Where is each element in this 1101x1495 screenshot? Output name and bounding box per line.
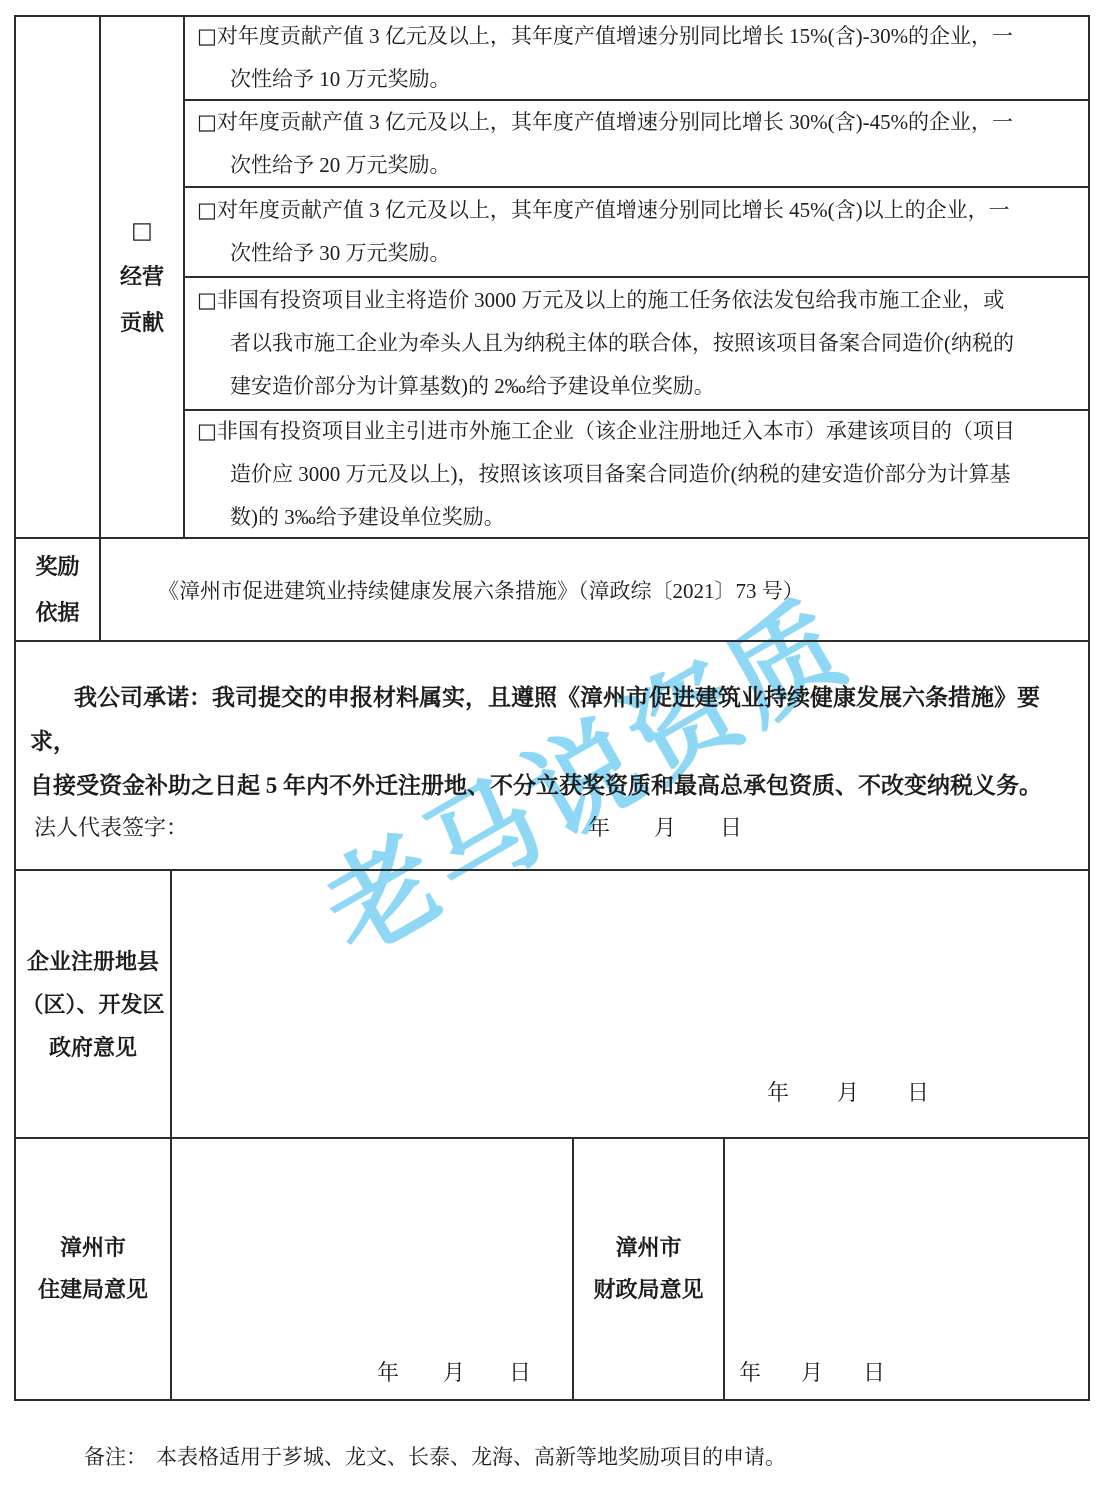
year-label: 年 (377, 1356, 399, 1387)
month-label: 月 (654, 806, 676, 849)
contribution-category-cell: □ 经营 贡献 (101, 17, 185, 537)
reward-basis-label-line: 奖励 (35, 544, 79, 590)
day-label: 日 (863, 1356, 885, 1387)
option-line: 者以我市施工企业为牵头人且为纳税主体的联合体，按照该项目备案合同造价(纳税的 (185, 322, 1082, 365)
date-placeholder: 年 月 日 (588, 806, 742, 849)
checkbox-icon: □ (131, 208, 153, 254)
commitment-line: 自接受资金补助之日起 5 年内不外迁注册地、不分立获奖资质和最高总承包资质、不改… (30, 764, 1082, 808)
option-line: 次性给予 30 万元奖励。 (185, 232, 1082, 275)
option-line: 次性给予 10 万元奖励。 (185, 58, 1082, 101)
checkbox-icon: □ (197, 24, 217, 48)
option-text: 对年度贡献产值 3 亿元及以上，其年度产值增速分别同比增长 15%(含)-30%… (217, 24, 1013, 48)
finance-opinion-label-line: 漳州市 (615, 1227, 681, 1269)
registration-opinion-label: 企业注册地县 （区）、开发区 政府意见 (16, 871, 172, 1137)
reward-basis-label: 奖励 依据 (16, 539, 101, 640)
bureau-opinions-row: 漳州市 住建局意见 年 月 日 漳州市 财政局意见 年 月 日 (16, 1139, 1088, 1399)
option-text: 非国有投资项目业主将造价 3000 万元及以上的施工任务依法发包给我市施工企业，… (217, 288, 1005, 312)
option-text: 对年度贡献产值 3 亿元及以上，其年度产值增速分别同比增长 30%(含)-45%… (217, 110, 1013, 134)
commitment-line: 我公司承诺：我司提交的申报材料属实，且遵照《漳州市促进建筑业持续健康发展六条措施… (30, 676, 1082, 764)
signature-label: 法人代表签字： (34, 806, 188, 849)
option-line: 造价应 3000 万元及以上)，按照该该项目备案合同造价(纳税的建安造价部分为计… (185, 453, 1082, 496)
option-line: 数)的 3‰给予建设单位奖励。 (185, 496, 1082, 539)
month-label: 月 (443, 1356, 465, 1387)
option-text: 对年度贡献产值 3 亿元及以上，其年度产值增速分别同比增长 45%(含)以上的企… (217, 198, 1010, 222)
reward-basis-content: 《漳州市促进建筑业持续健康发展六条措施》（漳政综〔2021〕73 号） (101, 539, 1088, 640)
year-label: 年 (767, 1076, 789, 1107)
option-line: □对年度贡献产值 3 亿元及以上，其年度产值增速分别同比增长 30%(含)-45… (185, 101, 1082, 144)
registration-opinion-space: 年 月 日 (172, 871, 1088, 1137)
housing-opinion-label-line: 漳州市 (60, 1227, 126, 1269)
option-line: □非国有投资项目业主将造价 3000 万元及以上的施工任务依法发包给我市施工企业… (185, 279, 1082, 322)
reward-option-row: □非国有投资项目业主引进市外施工企业（该企业注册地迁入本市）承建该项目的（项目 … (185, 411, 1088, 537)
option-text: 非国有投资项目业主引进市外施工企业（该企业注册地迁入本市）承建该项目的（项目 (217, 419, 1015, 443)
reward-basis-row: 奖励 依据 《漳州市促进建筑业持续健康发展六条措施》（漳政综〔2021〕73 号… (16, 539, 1088, 642)
month-label: 月 (801, 1356, 823, 1387)
note-label: 备注： (84, 1445, 147, 1469)
finance-opinion-label: 漳州市 财政局意见 (574, 1139, 725, 1399)
finance-opinion-label-line: 财政局意见 (593, 1269, 703, 1311)
contribution-section: □ 经营 贡献 □对年度贡献产值 3 亿元及以上，其年度产值增速分别同比增长 1… (16, 17, 1088, 539)
commitment-section: 我公司承诺：我司提交的申报材料属实，且遵照《漳州市促进建筑业持续健康发展六条措施… (16, 642, 1088, 871)
month-label: 月 (837, 1076, 859, 1107)
signature-row: 法人代表签字： 年 月 日 (16, 806, 1088, 849)
day-label: 日 (509, 1356, 531, 1387)
date-placeholder: 年 月 日 (739, 1356, 885, 1387)
housing-opinion-label-line: 住建局意见 (38, 1269, 148, 1311)
category-label-line: 贡献 (120, 300, 164, 346)
registration-opinion-label-line: （区）、开发区 (21, 983, 164, 1026)
registration-opinion-row: 企业注册地县 （区）、开发区 政府意见 年 月 日 (16, 871, 1088, 1139)
housing-opinion-space: 年 月 日 (172, 1139, 574, 1399)
checkbox-icon: □ (197, 110, 217, 134)
reward-option-row: □对年度贡献产值 3 亿元及以上，其年度产值增速分别同比增长 15%(含)-30… (185, 17, 1088, 101)
note-line: 备注：本表格适用于芗城、龙文、长泰、龙海、高新等地奖励项目的申请。 (84, 1441, 786, 1471)
reward-application-form-page: 老马说资质 □ 经营 贡献 □对年度贡献产值 3 亿元及以上，其年度产值增速分别… (0, 0, 1101, 1495)
contribution-empty-cell (16, 17, 101, 537)
checkbox-icon: □ (197, 288, 217, 312)
registration-opinion-label-line: 政府意见 (49, 1026, 137, 1069)
note-text: 本表格适用于芗城、龙文、长泰、龙海、高新等地奖励项目的申请。 (156, 1445, 786, 1469)
date-placeholder: 年 月 日 (767, 1076, 929, 1107)
housing-opinion-label: 漳州市 住建局意见 (16, 1139, 172, 1399)
checkbox-icon: □ (197, 419, 217, 443)
finance-opinion-space: 年 月 日 (725, 1139, 1088, 1399)
reward-option-row: □对年度贡献产值 3 亿元及以上，其年度产值增速分别同比增长 45%(含)以上的… (185, 188, 1088, 278)
option-line: □非国有投资项目业主引进市外施工企业（该企业注册地迁入本市）承建该项目的（项目 (185, 410, 1082, 453)
checkbox-icon: □ (197, 198, 217, 222)
day-label: 日 (720, 806, 742, 849)
reward-option-row: □非国有投资项目业主将造价 3000 万元及以上的施工任务依法发包给我市施工企业… (185, 278, 1088, 411)
category-label-line: 经营 (120, 254, 164, 300)
date-placeholder: 年 月 日 (377, 1356, 531, 1387)
registration-opinion-label-line: 企业注册地县 (27, 940, 159, 983)
option-line: 建安造价部分为计算基数)的 2‰给予建设单位奖励。 (185, 365, 1082, 408)
day-label: 日 (907, 1076, 929, 1107)
option-line: □对年度贡献产值 3 亿元及以上，其年度产值增速分别同比增长 45%(含)以上的… (185, 189, 1082, 232)
option-line: □对年度贡献产值 3 亿元及以上，其年度产值增速分别同比增长 15%(含)-30… (185, 15, 1082, 58)
year-label: 年 (588, 806, 610, 849)
commitment-paragraph: 我公司承诺：我司提交的申报材料属实，且遵照《漳州市促进建筑业持续健康发展六条措施… (16, 642, 1088, 808)
year-label: 年 (739, 1356, 761, 1387)
reward-option-row: □对年度贡献产值 3 亿元及以上，其年度产值增速分别同比增长 30%(含)-45… (185, 101, 1088, 188)
reward-application-table: □ 经营 贡献 □对年度贡献产值 3 亿元及以上，其年度产值增速分别同比增长 1… (14, 15, 1090, 1401)
option-line: 次性给予 20 万元奖励。 (185, 144, 1082, 187)
reward-basis-label-line: 依据 (35, 590, 79, 636)
